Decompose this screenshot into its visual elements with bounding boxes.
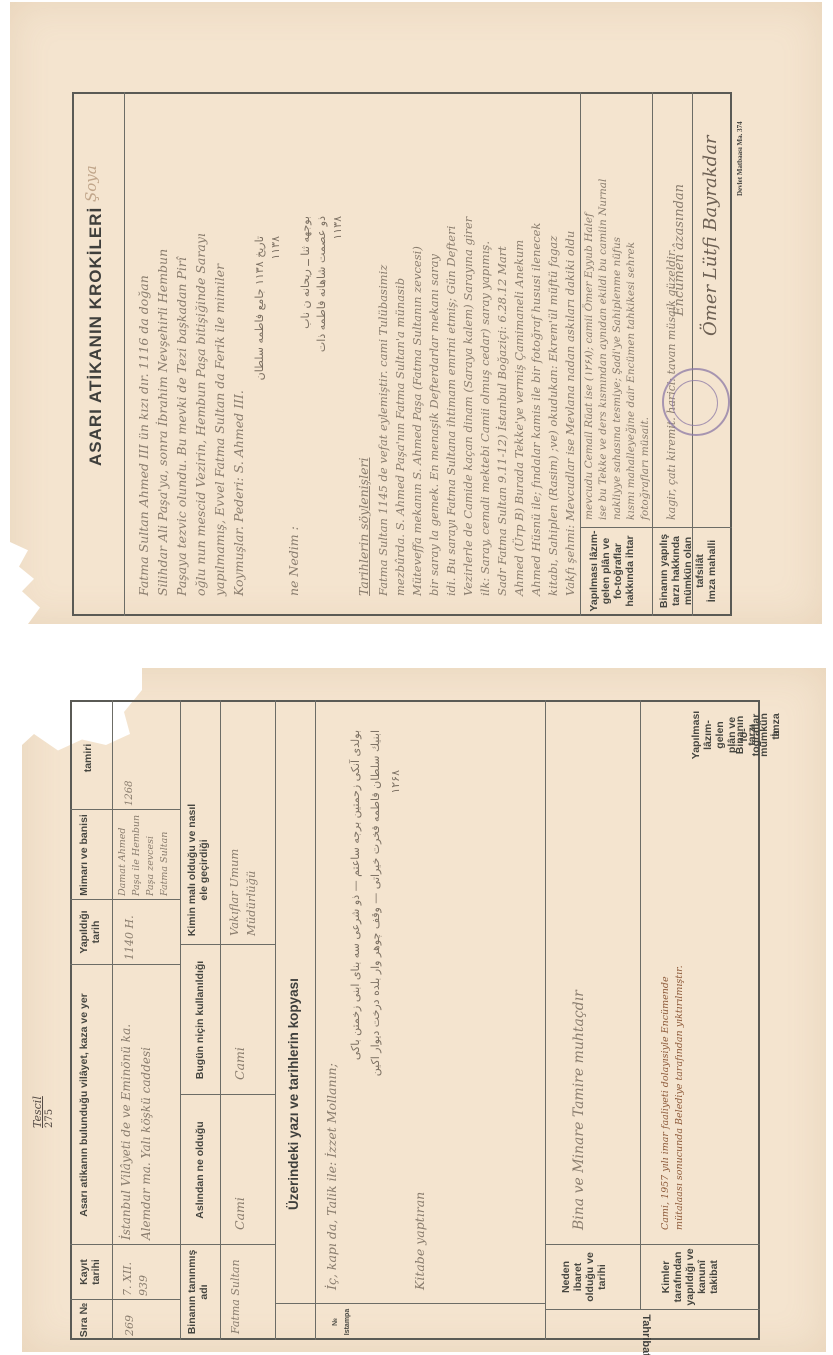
value-kayit-tarihi: 7. XII. 939 — [120, 1246, 152, 1296]
header-architect: Mimarı ve banisi — [78, 812, 90, 898]
value-tamir: 1268 — [120, 781, 139, 806]
inscription-line: Kitabe yaptıran — [410, 1192, 429, 1290]
registry-label: Tescil — [32, 1096, 44, 1128]
edge-label-signature: İmza — [770, 710, 782, 740]
row-divider — [652, 92, 653, 616]
header-sira-no: Sıra № — [78, 1302, 90, 1338]
value-original-use: Cami — [230, 1197, 249, 1230]
label-signature-place: İmza mahalli — [706, 530, 718, 612]
inscription-arabic-line: ابنيك سلطان فاطمه فخرت خيراتى — وقف چوهر… — [368, 730, 383, 1290]
form-title: ASARI ATİKANIN KROKİLERİ — [86, 207, 106, 466]
torn-edge — [10, 542, 40, 624]
arabic-inscription-1: تاریخ ۱۱۳۸ جامع فاطمه سلطان — [252, 236, 267, 416]
narrative-line: Fatma Sultan Ahmed III ün kızı dır. 1116… — [134, 96, 153, 596]
value-current-use: Cami — [230, 1047, 249, 1080]
arabic-inscription-2: بوجهه ثنا ــ ریحانه ن ناب — [298, 216, 313, 416]
header-built-date: Yapıldığı tarih — [78, 901, 102, 963]
label-column-divider — [580, 527, 732, 528]
narrative-line: Silihdar Ali Paşa'ya, sonra İbrahim Nevş… — [153, 96, 172, 596]
repair-line: nakliyye sahasına tesmiye; Şadi'ye Sahip… — [610, 100, 624, 520]
narrative-line: yapılmamış, Evvel Fatma Sultan da Ferik … — [210, 96, 229, 596]
title-divider — [124, 92, 125, 616]
registry-number: 275 — [44, 1096, 56, 1128]
repair-line: kısmı mahalleyeğine dair Encümen tahkike… — [624, 100, 638, 520]
col-divider — [275, 1303, 545, 1304]
value-sira-no: 269 — [120, 1315, 139, 1336]
inscription-arabic-line: بولدى آنكى زحمتين برجه ساعتم — ذو شرعى س… — [348, 730, 363, 1290]
label-construction-details: Binanın yapılış tarzı hakkında mümkün ol… — [658, 530, 706, 612]
row-divider — [640, 700, 641, 1310]
col-divider — [545, 1244, 760, 1245]
inscription-heading: Üzerindeki yazı ve tarihlerin kopyası — [286, 978, 301, 1210]
form-asari-atika-krokileri: ASARI ATİKANIN KROKİLERİ Şoya Fatma Sult… — [72, 92, 732, 616]
narrative-line: Koymuşlar. Pederi: S. Ahmed III. — [229, 96, 248, 596]
narrative-line: Paşaya tezvic olundu. Bu mevki de Tezi b… — [172, 96, 191, 596]
official-stamp — [662, 368, 730, 436]
col-divider — [70, 1299, 180, 1300]
col-divider — [545, 1309, 760, 1310]
header-kayit-tarihi: Kayıt tarihi — [78, 1246, 102, 1298]
repair-line: ise bu Tekke ve ders kısmından aynıdan e… — [596, 100, 610, 520]
history-line: Vakfı şehmi: Mevcudlar ise Mevlana nadan… — [561, 96, 580, 596]
damage-by-line: Cami, 1957 yılı imar faaliyeti dolayısiy… — [660, 710, 672, 1230]
repair-line: fotoğrafları müsait. — [638, 100, 652, 520]
signature: Ömer Lütfi Bayrakdar — [700, 135, 721, 336]
value-ownership: Vakıflar Umum Müdürlüğü — [226, 796, 260, 936]
nedim-label: ne Nedim : — [284, 526, 303, 596]
inscription-date: ۱۲۶۸ — [388, 770, 403, 1290]
narrative-line: oğlu nun mescid Vezirin, Hembun Paşa bit… — [191, 96, 210, 596]
label-damage-reason: Neden ibaret olduğu ve tarihi — [560, 1248, 608, 1306]
col-divider — [180, 944, 275, 945]
signature-title: Encümen âzasından — [670, 184, 689, 316]
tahribat-label: Tahribatı — [640, 1314, 652, 1355]
header-current-use: Bugün niçin kullanıldığı — [194, 950, 206, 1090]
arabic-inscription-2-date: ۱۱۳۸ — [330, 216, 345, 416]
col-divider — [180, 1244, 275, 1245]
col-divider — [180, 1094, 275, 1095]
value-location: İstanbul Vilâyeti de ve Eminönü ka. Alem… — [116, 970, 156, 1240]
corner-note: Şoya — [82, 165, 101, 202]
label-stamp: № Istampa — [330, 1304, 354, 1340]
form-register-table: Sıra № Kayıt tarihi Asarı atikanın bulun… — [70, 700, 760, 1340]
value-known-name: Fatma Sultan — [228, 1248, 244, 1334]
registry-reference: Tescil 275 — [32, 1096, 56, 1128]
col-divider — [70, 899, 180, 900]
label-damage-by: Kimler tarafından yapıldığı ve kanunî ta… — [660, 1248, 720, 1306]
printer-mark: Devlet Matbaası Ma. 374 — [736, 121, 744, 196]
header-location: Asarı atikanın bulunduğu vilâyet, kaza v… — [78, 970, 90, 1240]
value-architect: Damat Ahmed Paşa ile Hembun Paşa zevcesi… — [116, 812, 172, 896]
col-divider — [70, 809, 180, 810]
col-divider — [70, 964, 180, 965]
row-divider — [580, 92, 581, 616]
damage-by-line: mütalaası sonucunda Belediye tarafından … — [674, 710, 686, 1230]
header-ownership: Kimin malı olduğu ve nasıl ele geçirdiği — [186, 800, 210, 940]
arabic-inscription-2: ذو عصمت شاهانه فاطمه ذات — [314, 216, 329, 416]
header-original-use: Aslından ne olduğu — [194, 1100, 206, 1240]
inscription-line: İç, kapı da, Talik ile: İzzet Mollanın; — [322, 710, 341, 1290]
arabic-inscription-1-date: ۱۱۳۸ — [268, 236, 283, 416]
damage-reason-text: Bina ve Minare Tamire muhtaçdır — [570, 710, 589, 1230]
col-divider — [70, 1244, 180, 1245]
row-divider — [315, 700, 316, 1340]
header-known-name: Binanın tanınmış adı — [186, 1248, 210, 1336]
header-tamir: tamiri — [82, 708, 94, 808]
label-repair-notice: Yapılması lâzım-gelen plân ve fo-toğrafl… — [588, 530, 636, 612]
repair-line: mevcudu Cemail Rüat ise (۱۲۶۸); camii Öm… — [582, 100, 596, 520]
history-heading: Tarihlerin söylenişleri — [354, 458, 373, 596]
value-built-date: 1140 H. — [120, 902, 139, 960]
row-divider — [275, 700, 276, 1340]
